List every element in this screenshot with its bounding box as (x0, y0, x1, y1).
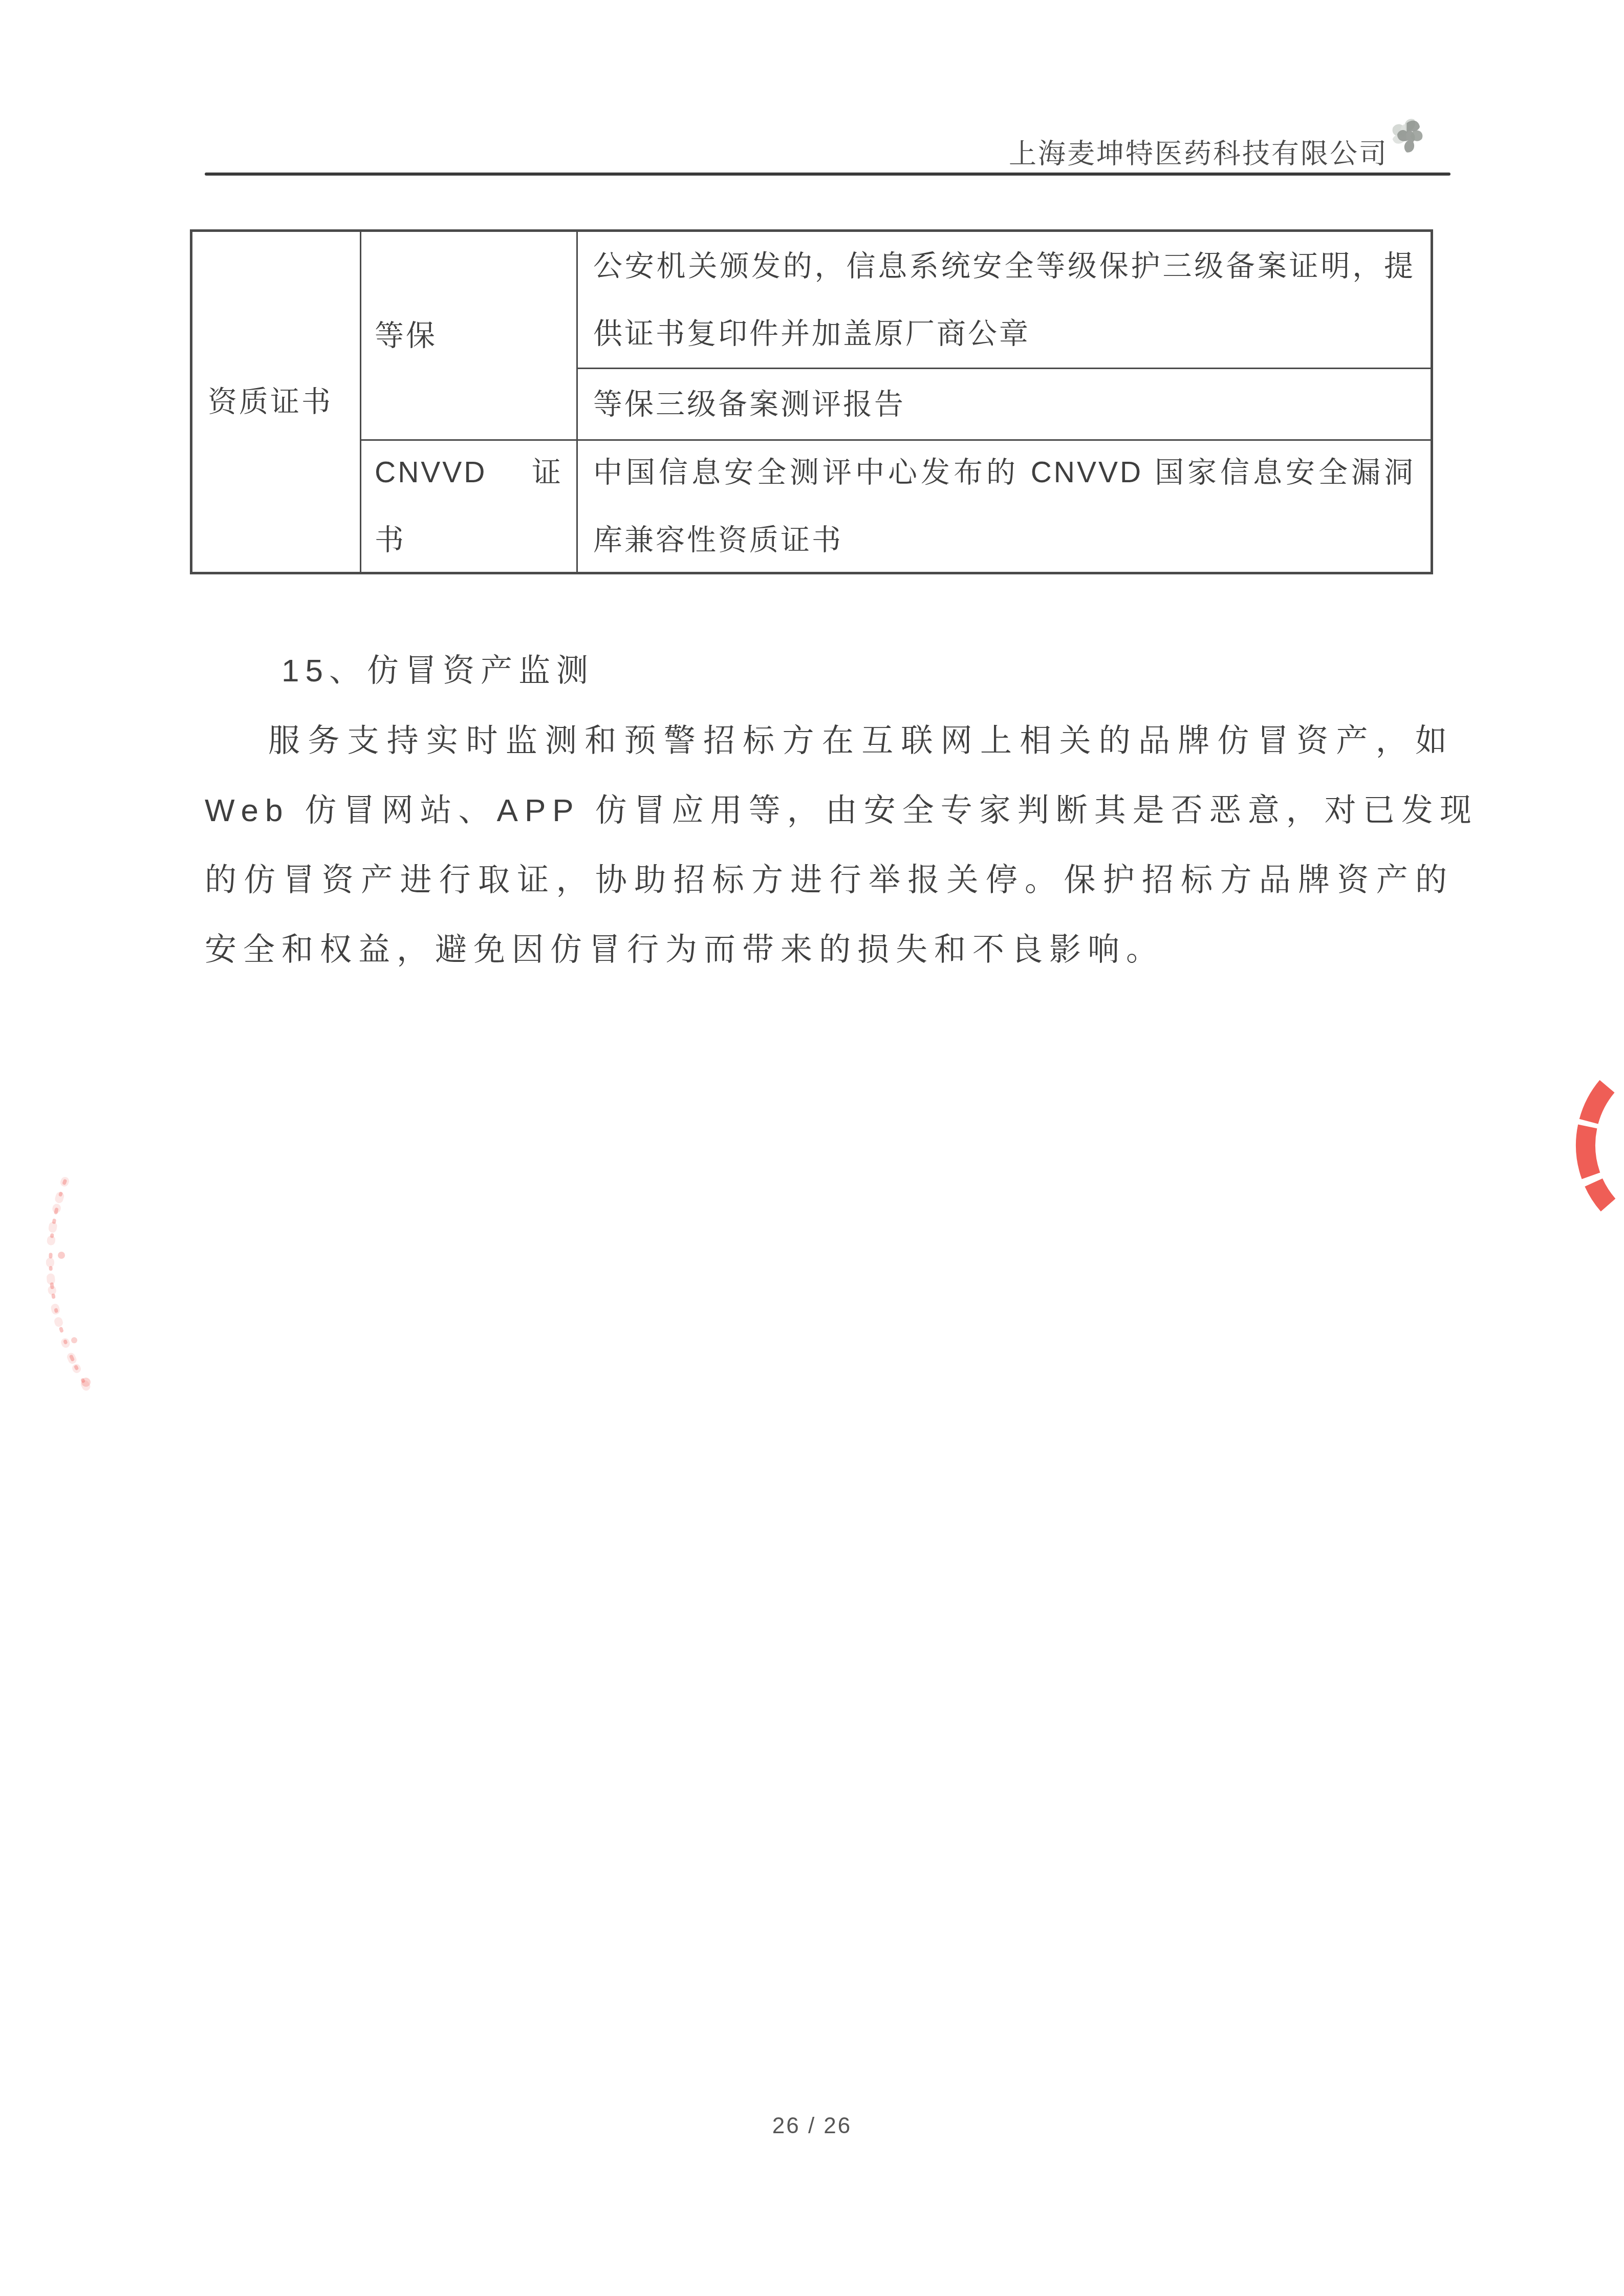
stamp-arc-path (1586, 1086, 1608, 1205)
dengbao-category-label: 等保 (375, 302, 563, 370)
table-cell-dengbao-report: 等保三级备案测评报告 (578, 369, 1431, 441)
residue-dot (58, 1252, 65, 1259)
scanned-document-page: { "colors": { "text": "#3d3d3d", "border… (0, 0, 1624, 2296)
text-line: CNVVD 证 (375, 441, 563, 506)
company-pinwheel-logo-icon (1385, 115, 1432, 162)
residue-dot (71, 1337, 77, 1343)
text-line: 供证书复印件并加盖原厂商公章 (593, 300, 1415, 368)
header-divider-rule (205, 173, 1450, 176)
table-cell-dengbao-certificate: 公安机关颁发的，信息系统安全等级保护三级备案证明，提供证书复印件并加盖原厂商公章 (578, 232, 1431, 369)
text-line: 书 (375, 506, 563, 572)
text-line: 服务支持实时监测和预警招标方在互联网上相关的品牌仿冒资产，如 (205, 706, 1454, 776)
residue-dot (81, 1378, 91, 1387)
text-line: 安全和权益，避免因仿冒行为而带来的损失和不良影响。 (205, 915, 1454, 985)
qualification-certificate-table: 资质证书 等保 公安机关颁发的，信息系统安全等级保护三级备案证明，提供证书复印件… (190, 229, 1433, 574)
text-line: 库兼容性资质证书 (593, 506, 1415, 572)
text-line: 公安机关颁发的，信息系统安全等级保护三级备案证明，提 (593, 232, 1415, 300)
residue-arc-soft (50, 1181, 91, 1394)
section-paragraph: 服务支持实时监测和预警招标方在互联网上相关的品牌仿冒资产，如Web 仿冒网站、A… (205, 706, 1454, 985)
dengbao-report-text: 等保三级备案测评报告 (593, 371, 1415, 438)
section-heading: 15、仿冒资产监测 (205, 636, 1454, 706)
text-line: 的仿冒资产进行取证，协助招标方进行举报关停。保护招标方品牌资产的 (205, 846, 1454, 915)
table-cell-cnvvd-category: CNVVD 证书 (361, 441, 578, 572)
table-cell-dengbao-category: 等保 (361, 232, 578, 441)
company-name-header: 上海麦坤特医药科技有限公司 (1009, 132, 1388, 171)
table-cell-row-header: 资质证书 (192, 232, 361, 572)
residue-arc-specks (51, 1181, 91, 1394)
page-number: 26 / 26 (0, 2113, 1624, 2139)
row-header-label: 资质证书 (208, 368, 360, 436)
text-line: Web 仿冒网站、APP 仿冒应用等，由安全专家判断其是否恶意，对已发现 (205, 776, 1454, 846)
table-cell-cnvvd-certificate: 中国信息安全测评中心发布的 CNVVD 国家信息安全漏洞库兼容性资质证书 (578, 441, 1431, 572)
text-line: 中国信息安全测评中心发布的 CNVVD 国家信息安全漏洞 (593, 441, 1415, 506)
